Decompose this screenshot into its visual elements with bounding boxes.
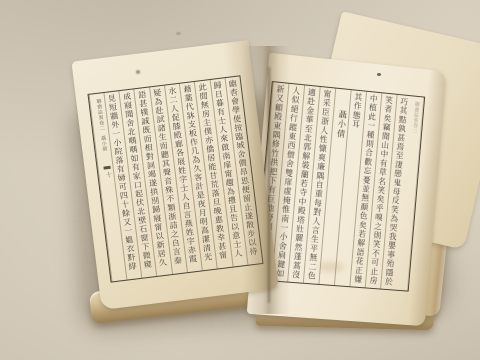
stain-speck — [136, 70, 140, 74]
photo-backdrop: 聊齋誌異卷二 巧其黠孰甚焉至淒戀鬼母反笑為哭我嬰寧殆隱於 笑者矣竊聞山中有草名笑… — [0, 0, 480, 360]
stain-speck — [318, 262, 344, 272]
fishtail-mark — [103, 165, 110, 169]
banxin-left-page-number: 十 — [104, 171, 112, 178]
stain-speck — [377, 73, 381, 76]
banxin-left-chapter: 聶小倩 — [100, 136, 108, 153]
banxin-left-title: 聊齋誌異卷二 — [95, 98, 105, 131]
banxin-right-title: 聊齋誌異卷二 — [412, 101, 420, 133]
right-page-text-frame: 聊齋誌異卷二 巧其黠孰甚焉至淒戀鬼母反笑為哭我嬰寧殆隱於 笑者矣竊聞山中有草名笑… — [255, 81, 426, 292]
stain-speck — [176, 32, 181, 35]
left-page: 幽杳會學使按臨城舍價昂思便留止遂散步以待僧 歸日暮有士人來啟南扉甯趨為禮且告以意… — [71, 40, 278, 310]
left-page-text-frame: 幽杳會學使按臨城舍價昂思便留止遂散步以待僧 歸日暮有士人來啟南扉甯趨為禮且告以意… — [87, 75, 263, 282]
